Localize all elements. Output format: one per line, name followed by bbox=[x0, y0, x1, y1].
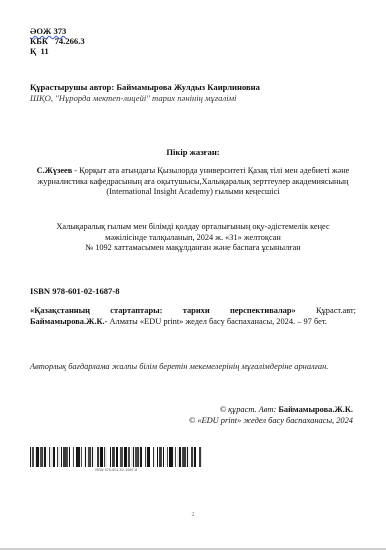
reviewer-description: - Қорқыт ата атындағы Қызылорда универси… bbox=[38, 166, 350, 196]
citation-compiler-label: Құраст.авт; bbox=[296, 306, 356, 315]
isbn-barcode bbox=[30, 447, 202, 467]
document-page: ӘОЖ 373 КБК 74.266.3 Қ 11 Құрастырушы ав… bbox=[0, 0, 386, 548]
citation-publisher: - Алматы «EDU print» жедел басу баспахан… bbox=[105, 317, 327, 326]
barcode-caption: ISBN 978-601-02-1687-8 bbox=[30, 468, 202, 472]
review-body: С.Жүзеев - Қорқыт ата атындағы Қызылорда… bbox=[36, 166, 350, 198]
citation-block: «Қазақстанның стартаптары: тарихи перспе… bbox=[30, 306, 356, 327]
author-mark: Қ 11 bbox=[30, 46, 85, 56]
approval-block: Халықаралық ғылым мен білімді қолдау орт… bbox=[30, 222, 356, 254]
review-title: Пікір жазған: bbox=[0, 147, 386, 157]
audience-note: Авторлық бағдарлама жалпы білім беретін … bbox=[30, 362, 356, 373]
page-number: 2 bbox=[0, 512, 386, 518]
approval-line-3: № 1092 хаттамасымен мақұлданған және бас… bbox=[30, 243, 356, 254]
udk-code: ӘОЖ 373 bbox=[30, 26, 66, 36]
compiler-position: ШҚО, "Нұрорда мектеп-лицейі" тарих пәнін… bbox=[30, 93, 260, 104]
copyright-author: Баймамырова.Ж.К. bbox=[278, 405, 353, 414]
citation-author: Баймамырова.Ж.К. bbox=[30, 317, 105, 326]
isbn-number: ISBN 978-601-02-1687-8 bbox=[30, 286, 120, 296]
copyright-compiler-prefix: © құраст. Авт: bbox=[220, 405, 279, 414]
copyright-publisher: © «EDU print» жедел басу баспаханасы, 20… bbox=[189, 416, 353, 427]
approval-line-1: Халықаралық ғылым мен білімді қолдау орт… bbox=[30, 222, 356, 233]
compiler-label: Құрастырушы автор: Баймамырова Жулдыз Ка… bbox=[30, 82, 260, 93]
copyright-block: © құраст. Авт: Баймамырова.Ж.К. © «EDU p… bbox=[189, 405, 353, 427]
reviewer-name: С.Жүзеев bbox=[37, 166, 73, 175]
bbk-code: КБК 74.266.3 bbox=[30, 36, 85, 46]
compiler-block: Құрастырушы автор: Баймамырова Жулдыз Ка… bbox=[30, 82, 260, 103]
book-title: «Қазақстанның стартаптары: тарихи перспе… bbox=[30, 306, 296, 315]
approval-line-2: мәжілісінде талқыланып, 2024 ж. «31» жел… bbox=[30, 233, 356, 244]
classification-block: ӘОЖ 373 КБК 74.266.3 Қ 11 bbox=[30, 26, 85, 57]
